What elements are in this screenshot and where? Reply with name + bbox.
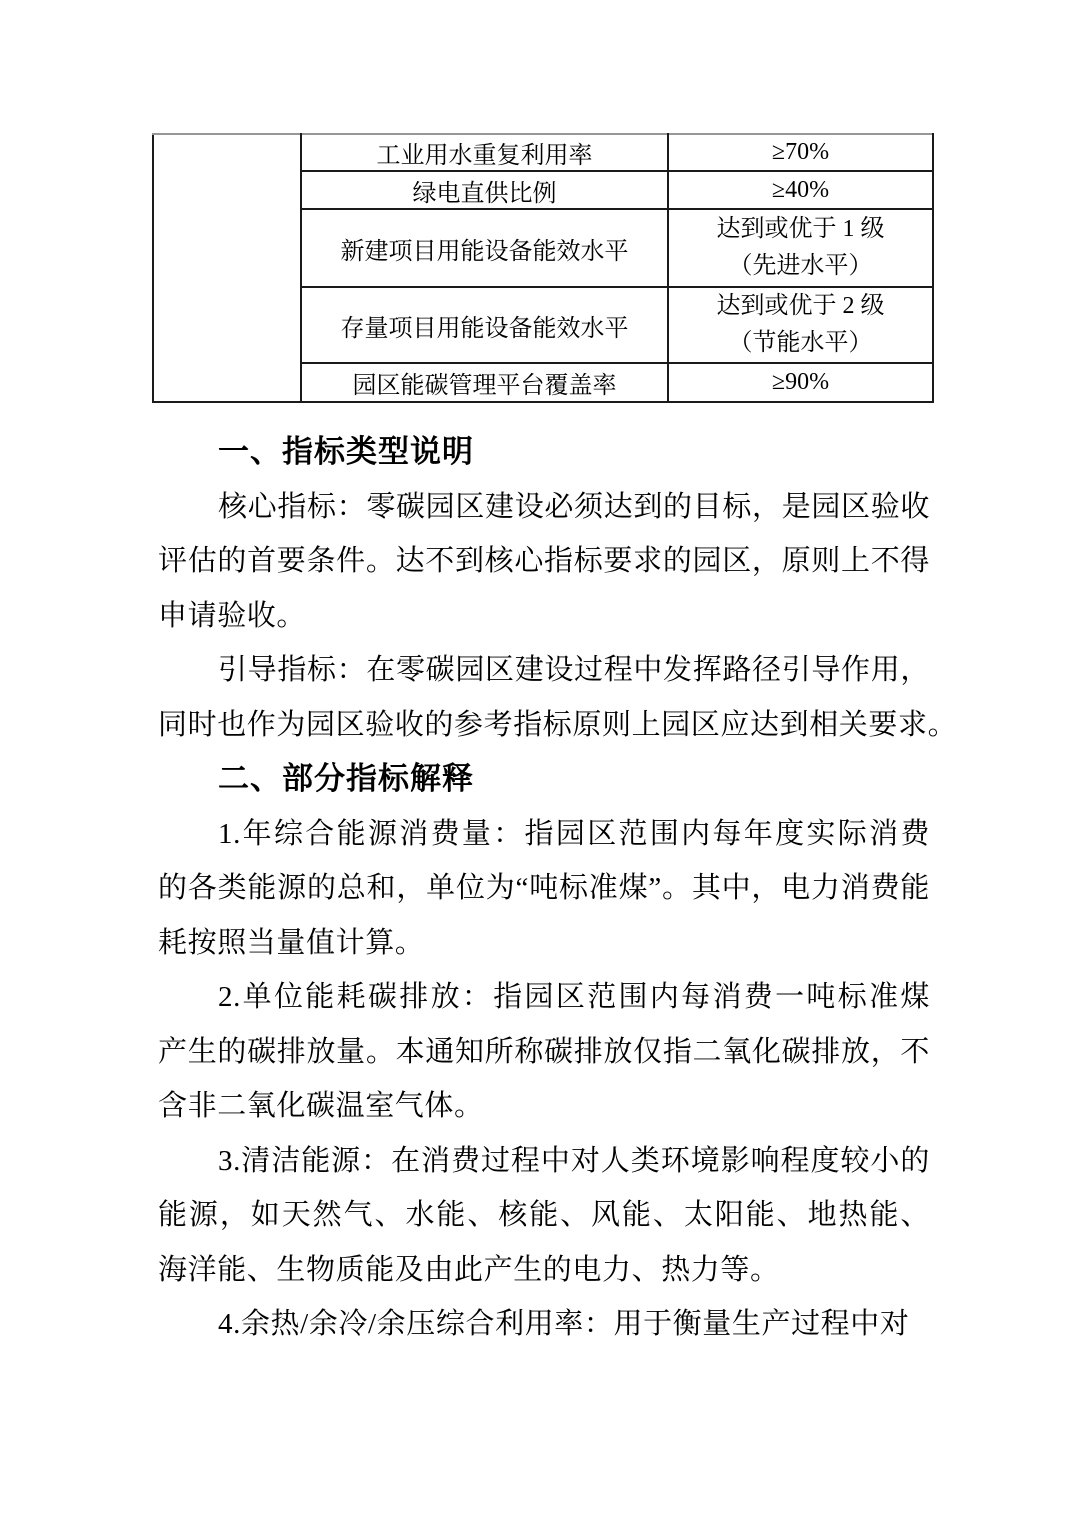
paragraph-definition-1: 1.年综合能源消费量：指园区范围内每年度实际消费 的各类能源的总和，单位为“吨标… [158,807,930,971]
text-line: 评估的首要条件。达不到核心指标要求的园区，原则上不得 [158,534,930,589]
paragraph-definition-4: 4.余热/余冷/余压综合利用率：用于衡量生产过程中对 [158,1297,930,1352]
indicator-value-line: （节能水平） [669,325,932,362]
section-heading-2: 二、部分指标解释 [158,752,930,807]
text-line: 引导指标：在零碳园区建设过程中发挥路径引导作用， [158,643,930,698]
text-line: 1.年综合能源消费量：指园区范围内每年度实际消费 [158,807,930,862]
text-line: 产生的碳排放量。本通知所称碳排放仅指二氧化碳排放，不 [158,1025,930,1080]
indicator-name: 园区能碳管理平台覆盖率 [353,373,617,399]
indicator-value: ≥90% [772,369,829,395]
text-line: 核心指标：零碳园区建设必须达到的目标，是园区验收 [158,480,930,535]
text-line: 海洋能、生物质能及由此产生的电力、热力等。 [158,1243,930,1298]
paragraph-definition-3: 3.清洁能源：在消费过程中对人类环境影响程度较小的 能源，如天然气、水能、核能、… [158,1134,930,1298]
indicator-name: 绿电直供比例 [413,181,557,207]
table-row: 工业用水重复利用率 ≥70% [153,134,933,171]
indicator-name-cell: 绿电直供比例 [301,171,668,209]
paragraph-core-indicator: 核心指标：零碳园区建设必须达到的目标，是园区验收 评估的首要条件。达不到核心指标… [158,480,930,644]
text-line: 4.余热/余冷/余压综合利用率：用于衡量生产过程中对 [158,1297,930,1352]
section-heading-1: 一、指标类型说明 [158,425,930,480]
text-line: 3.清洁能源：在消费过程中对人类环境影响程度较小的 [158,1134,930,1189]
indicator-value-cell: ≥90% [668,363,933,402]
document-page: 工业用水重复利用率 ≥70% 绿电直供比例 ≥40% 新建项目用能设备能效水平 … [0,0,1080,1528]
indicator-value-cell: ≥40% [668,171,933,209]
paragraph-guide-indicator: 引导指标：在零碳园区建设过程中发挥路径引导作用， 同时也作为园区验收的参考指标原… [158,643,930,752]
indicator-name-cell: 新建项目用能设备能效水平 [301,209,668,287]
indicator-name: 工业用水重复利用率 [377,143,593,169]
indicators-table: 工业用水重复利用率 ≥70% 绿电直供比例 ≥40% 新建项目用能设备能效水平 … [152,133,934,403]
indicator-value: ≥70% [772,139,829,165]
indicator-name-cell: 存量项目用能设备能效水平 [301,287,668,363]
text-line: 2.单位能耗碳排放：指园区范围内每消费一吨标准煤 [158,970,930,1025]
paragraph-definition-2: 2.单位能耗碳排放：指园区范围内每消费一吨标准煤 产生的碳排放量。本通知所称碳排… [158,970,930,1134]
text-line: 同时也作为园区验收的参考指标原则上园区应达到相关要求。 [158,698,930,753]
indicator-name-cell: 园区能碳管理平台覆盖率 [301,363,668,402]
indicator-name: 存量项目用能设备能效水平 [341,316,629,342]
indicator-value-cell: 达到或优于 2 级 （节能水平） [668,287,933,363]
text-line: 申请验收。 [158,589,930,644]
text-line: 耗按照当量值计算。 [158,916,930,971]
indicator-value: ≥40% [772,177,829,203]
text-line: 含非二氧化碳温室气体。 [158,1079,930,1134]
indicator-name-cell: 工业用水重复利用率 [301,134,668,171]
indicator-value-cell: 达到或优于 1 级 （先进水平） [668,209,933,287]
document-body: 一、指标类型说明 核心指标：零碳园区建设必须达到的目标，是园区验收 评估的首要条… [158,425,930,1352]
indicator-value-line: 达到或优于 2 级 [669,288,932,325]
indicator-name: 新建项目用能设备能效水平 [341,239,629,265]
indicator-value-cell: ≥70% [668,134,933,171]
indicator-value-line: 达到或优于 1 级 [669,211,932,248]
indicator-value-line: （先进水平） [669,248,932,285]
text-line: 的各类能源的总和，单位为“吨标准煤”。其中，电力消费能 [158,861,930,916]
text-line: 能源，如天然气、水能、核能、风能、太阳能、地热能、 [158,1188,930,1243]
table-merged-empty-cell [153,134,301,402]
